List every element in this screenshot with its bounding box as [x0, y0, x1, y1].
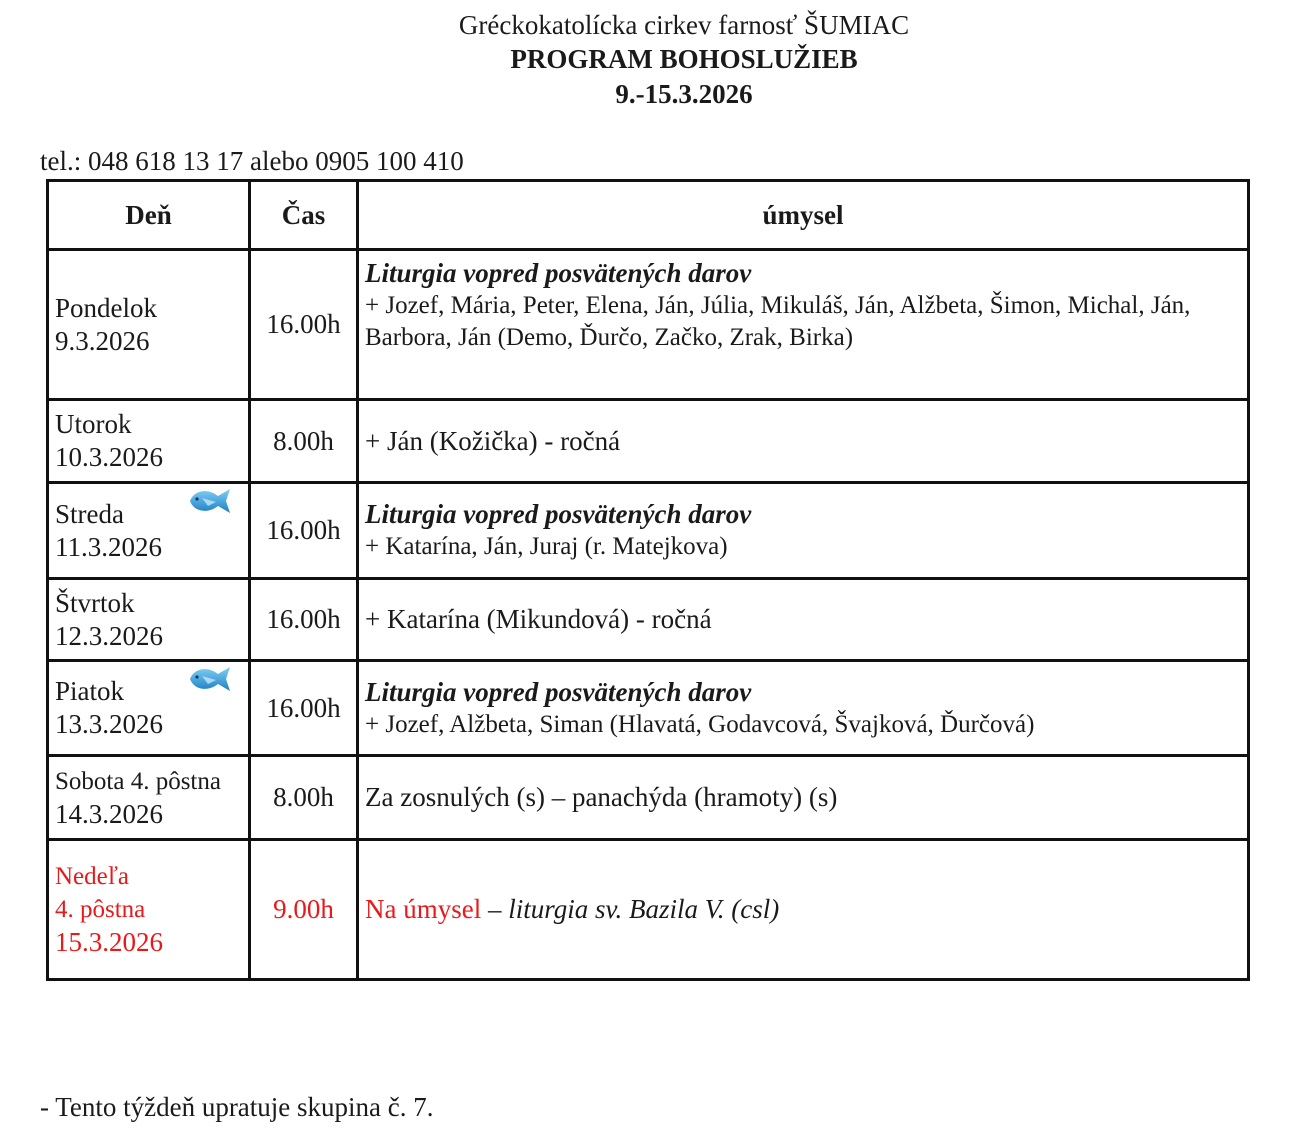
- time-cell: 16.00h: [250, 579, 358, 661]
- day-cell: Sobota 4. pôstna 14.3.2026: [48, 756, 250, 840]
- day-date: 10.3.2026: [55, 441, 242, 474]
- time-cell: 16.00h: [250, 483, 358, 579]
- time-cell: 16.00h: [250, 250, 358, 400]
- table-row: Štvrtok 12.3.2026 16.00h + Katarína (Mik…: [48, 579, 1249, 661]
- fish-icon: [188, 664, 234, 694]
- intention-text: + Jozef, Alžbeta, Siman (Hlavatá, Godavc…: [365, 709, 1241, 741]
- day-date: 13.3.2026: [55, 708, 242, 741]
- table-header-row: Deň Čas úmysel: [48, 181, 1249, 250]
- day-cell: Pondelok 9.3.2026: [48, 250, 250, 400]
- time-cell: 8.00h: [250, 756, 358, 840]
- day-name: Utorok: [55, 408, 242, 441]
- intention-cell: + Katarína (Mikundová) - ročná: [358, 579, 1249, 661]
- day-cell: Piatok 13.3.2026: [48, 661, 250, 756]
- intention-highlight: Na úmysel: [365, 894, 481, 924]
- time-cell: 9.00h: [250, 840, 358, 980]
- intention-cell: Za zosnulých (s) – panachýda (hramoty) (…: [358, 756, 1249, 840]
- day-name: Nedeľa: [55, 860, 242, 893]
- column-header-time: Čas: [250, 181, 358, 250]
- schedule-table: Deň Čas úmysel Pondelok 9.3.2026 16.00h …: [46, 179, 1250, 981]
- day-date: 9.3.2026: [55, 325, 242, 358]
- day-name: Štvrtok: [55, 587, 242, 620]
- page-title: PROGRAM BOHOSLUŽIEB: [0, 42, 1305, 76]
- table-row: Utorok 10.3.2026 8.00h + Ján (Kožička) -…: [48, 400, 1249, 483]
- day-name: Sobota 4. pôstna: [55, 765, 242, 798]
- day-cell: Štvrtok 12.3.2026: [48, 579, 250, 661]
- day-cell: Utorok 10.3.2026: [48, 400, 250, 483]
- liturgy-label: Liturgia vopred posvätených darov: [365, 498, 1241, 531]
- table-row: Pondelok 9.3.2026 16.00h Liturgia vopred…: [48, 250, 1249, 400]
- date-range: 9.-15.3.2026: [0, 77, 1305, 111]
- day-date: 14.3.2026: [55, 798, 242, 831]
- intention-cell: Liturgia vopred posvätených darov + Joze…: [358, 661, 1249, 756]
- time-cell: 8.00h: [250, 400, 358, 483]
- intention-cell: Liturgia vopred posvätených darov + Kata…: [358, 483, 1249, 579]
- intention-text: + Jozef, Mária, Peter, Elena, Ján, Júlia…: [365, 290, 1241, 354]
- fish-icon: [188, 486, 234, 516]
- liturgy-label: Liturgia vopred posvätených darov: [365, 257, 1241, 290]
- table-row: Nedeľa 4. pôstna 15.3.2026 9.00h Na úmys…: [48, 840, 1249, 980]
- contact-phone: tel.: 048 618 13 17 alebo 0905 100 410: [40, 144, 464, 178]
- day-name: Pondelok: [55, 292, 242, 325]
- table-row: Piatok 13.3.2026 16.00h Liturgia vopred …: [48, 661, 1249, 756]
- day-cell: Nedeľa 4. pôstna 15.3.2026: [48, 840, 250, 980]
- intention-text: + Katarína, Ján, Juraj (r. Matejkova): [365, 531, 1241, 563]
- time-cell: 16.00h: [250, 661, 358, 756]
- intention-cell: Liturgia vopred posvätených darov + Joze…: [358, 250, 1249, 400]
- intention-cell: + Ján (Kožička) - ročná: [358, 400, 1249, 483]
- column-header-intention: úmysel: [358, 181, 1249, 250]
- table-row: Streda 11.3.2026 16.00h Liturgia vopred …: [48, 483, 1249, 579]
- day-date: 15.3.2026: [55, 926, 242, 959]
- day-date: 12.3.2026: [55, 620, 242, 653]
- table-row: Sobota 4. pôstna 14.3.2026 8.00h Za zosn…: [48, 756, 1249, 840]
- day-date: 11.3.2026: [55, 531, 242, 564]
- column-header-day: Deň: [48, 181, 250, 250]
- intention-cell: Na úmysel – liturgia sv. Bazila V. (csl): [358, 840, 1249, 980]
- liturgy-label: Liturgia vopred posvätených darov: [365, 676, 1241, 709]
- day-subtitle: 4. pôstna: [55, 893, 242, 926]
- cleaning-note: - Tento týždeň upratuje skupina č. 7.: [40, 1090, 434, 1124]
- intention-text: – liturgia sv. Bazila V. (csl): [481, 894, 779, 924]
- parish-name: Gréckokatolícka cirkev farnosť ŠUMIAC: [0, 8, 1305, 42]
- day-cell: Streda 11.3.2026: [48, 483, 250, 579]
